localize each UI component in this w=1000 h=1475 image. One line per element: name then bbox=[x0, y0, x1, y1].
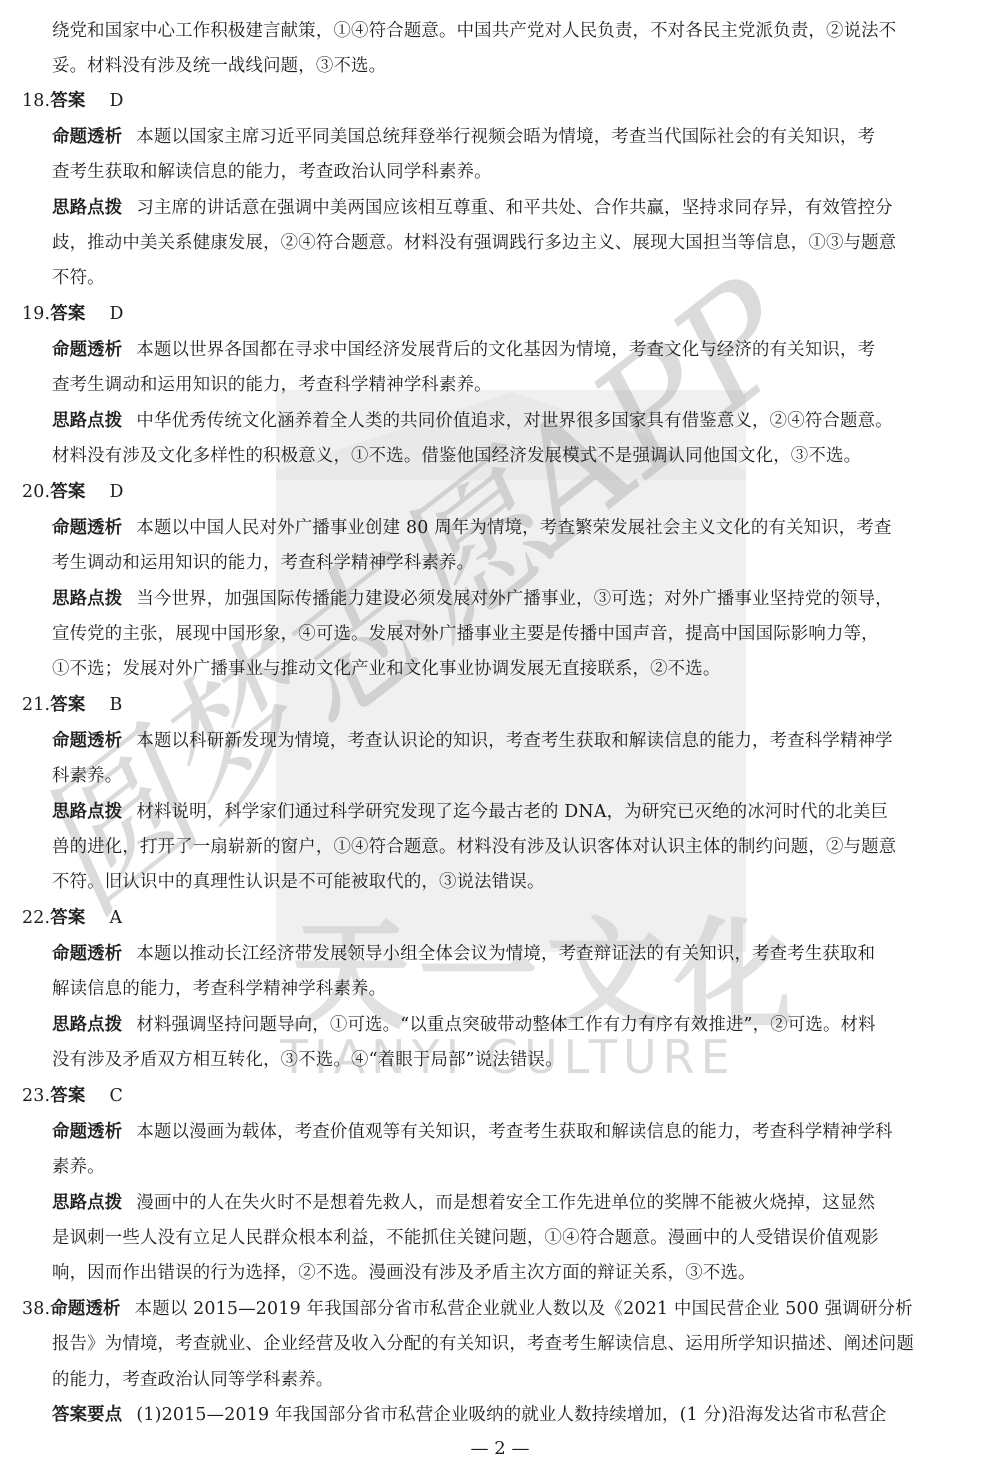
hint-line: 思路点拨材料强调坚持问题导向，①可选。“以重点突破带动整体工作有力有序有效推进”… bbox=[52, 1014, 876, 1036]
hint-line: 思路点拨习主席的讲话意在强调中美两国应该相互尊重、和平共处、合作共赢，坚持求同存… bbox=[52, 197, 893, 219]
analysis-line: 查考生调动和运用知识的能力，考查科学精神学科素养。 bbox=[52, 374, 492, 396]
question-19-answer: 19.答案D bbox=[22, 303, 124, 325]
section-label: 命题透析 bbox=[52, 127, 122, 147]
question-38-analysis: 38.命题透析本题以 2015—2019 年我国部分省市私营企业就业人数以及《2… bbox=[22, 1298, 913, 1320]
hint-line: 是讽刺一些人没有立足人民群众根本利益，不能抓住关键问题，①④符合题意。漫画中的人… bbox=[52, 1227, 879, 1249]
answer-label: 答案 bbox=[50, 91, 85, 111]
section-label: 命题透析 bbox=[52, 731, 122, 751]
key-points-line: 答案要点(1)2015—2019 年我国部分省市私营企业吸纳的就业人数持续增加，… bbox=[52, 1404, 887, 1426]
section-label: 思路点拨 bbox=[52, 802, 122, 822]
section-label: 思路点拨 bbox=[52, 1015, 122, 1035]
analysis-line: 命题透析本题以科研新发现为情境，考查认识论的知识，考查考生获取和解读信息的能力，… bbox=[52, 730, 893, 752]
question-number: 38. bbox=[22, 1299, 50, 1319]
hint-line: 响，因而作出错误的行为选择，②不选。漫画没有涉及矛盾主次方面的辩证关系，③不选。 bbox=[52, 1262, 756, 1284]
question-number: 22. bbox=[22, 908, 50, 928]
continuation-line: 绕党和国家中心工作积极建言献策，①④符合题意。中国共产党对人民负责，不对各民主党… bbox=[52, 20, 896, 42]
analysis-line: 命题透析本题以漫画为载体，考查价值观等有关知识，考查考生获取和解读信息的能力，考… bbox=[52, 1121, 893, 1143]
hint-line: 不符。 bbox=[52, 267, 105, 289]
answer-label: 答案 bbox=[50, 908, 85, 928]
question-number: 23. bbox=[22, 1086, 50, 1106]
question-23-answer: 23.答案C bbox=[22, 1085, 123, 1107]
analysis-line: 报告》为情境，考查就业、企业经营及收入分配的有关知识，考查考生解读信息、运用所学… bbox=[52, 1333, 914, 1355]
hint-line: 兽的进化，打开了一扇崭新的窗户，①④符合题意。材料没有涉及认识客体对认识主体的制… bbox=[52, 836, 896, 858]
page-number: — 2 — bbox=[0, 1438, 1000, 1459]
question-18-answer: 18.答案D bbox=[22, 90, 124, 112]
question-21-answer: 21.答案B bbox=[22, 694, 122, 716]
question-number: 18. bbox=[22, 91, 50, 111]
answer-label: 答案 bbox=[50, 482, 85, 502]
section-label: 命题透析 bbox=[50, 1299, 120, 1319]
hint-line: 歧，推动中美关系健康发展，②④符合题意。材料没有强调践行多边主义、展现大国担当等… bbox=[52, 232, 896, 254]
analysis-line: 命题透析本题以世界各国都在寻求中国经济发展背后的文化基因为情境，考查文化与经济的… bbox=[52, 339, 875, 361]
section-label: 命题透析 bbox=[52, 1122, 122, 1142]
question-20-answer: 20.答案D bbox=[22, 481, 124, 503]
hint-line: 思路点拨材料说明，科学家们通过科学研究发现了迄今最古老的 DNA，为研究已灭绝的… bbox=[52, 801, 888, 823]
analysis-line: 命题透析本题以中国人民对外广播事业创建 80 周年为情境，考查繁荣发展社会主义文… bbox=[52, 517, 892, 539]
question-number: 21. bbox=[22, 695, 50, 715]
answer-label: 答案 bbox=[50, 1086, 85, 1106]
section-label: 答案要点 bbox=[52, 1405, 122, 1425]
question-22-answer: 22.答案A bbox=[22, 907, 122, 929]
analysis-line: 考生调动和运用知识的能力，考查科学精神学科素养。 bbox=[52, 552, 474, 574]
question-number: 19. bbox=[22, 304, 50, 324]
analysis-line: 查考生获取和解读信息的能力，考查政治认同学科素养。 bbox=[52, 161, 492, 183]
analysis-line: 的能力，考查政治认同等学科素养。 bbox=[52, 1369, 333, 1391]
analysis-line: 科素养。 bbox=[52, 765, 122, 787]
hint-line: ①不选；发展对外广播事业与推动文化产业和文化事业协调发展无直接联系，②不选。 bbox=[52, 658, 720, 680]
hint-line: 思路点拨漫画中的人在失火时不是想着先救人，而是想着安全工作先进单位的奖牌不能被火… bbox=[52, 1192, 875, 1214]
answer-value: D bbox=[109, 304, 123, 324]
section-label: 思路点拨 bbox=[52, 198, 122, 218]
section-label: 思路点拨 bbox=[52, 1193, 122, 1213]
section-label: 命题透析 bbox=[52, 518, 122, 538]
analysis-line: 素养。 bbox=[52, 1156, 105, 1178]
answer-value: C bbox=[109, 1086, 123, 1106]
answer-value: D bbox=[109, 482, 123, 502]
analysis-line: 命题透析本题以国家主席习近平同美国总统拜登举行视频会晤为情境，考查当代国际社会的… bbox=[52, 126, 875, 148]
document-page: 圆梦志愿APP 天一文化 TIANYI CULTURE 绕党和国家中心工作积极建… bbox=[0, 0, 1000, 1475]
analysis-line: 解读信息的能力，考查科学精神学科素养。 bbox=[52, 978, 386, 1000]
answer-value: B bbox=[109, 695, 122, 715]
section-label: 命题透析 bbox=[52, 340, 122, 360]
hint-line: 不符。旧认识中的真理性认识是不可能被取代的，③说法错误。 bbox=[52, 871, 545, 893]
section-label: 思路点拨 bbox=[52, 411, 122, 431]
hint-line: 思路点拨当今世界，加强国际传播能力建设必须发展对外广播事业，③可选；对外广播事业… bbox=[52, 588, 893, 610]
answer-label: 答案 bbox=[50, 695, 85, 715]
answer-value: D bbox=[109, 91, 123, 111]
question-number: 20. bbox=[22, 482, 50, 502]
answer-label: 答案 bbox=[50, 304, 85, 324]
section-label: 思路点拨 bbox=[52, 589, 122, 609]
continuation-line: 妥。材料没有涉及统一战线问题，③不选。 bbox=[52, 55, 386, 77]
section-label: 命题透析 bbox=[52, 944, 122, 964]
hint-line: 材料没有涉及文化多样性的积极意义，①不选。借鉴他国经济发展模式不是强调认同他国文… bbox=[52, 445, 861, 467]
hint-line: 没有涉及矛盾双方相互转化，③不选。④“着眼于局部”说法错误。 bbox=[52, 1049, 563, 1071]
hint-line: 思路点拨中华优秀传统文化涵养着全人类的共同价值追求，对世界很多国家具有借鉴意义，… bbox=[52, 410, 893, 432]
analysis-line: 命题透析本题以推动长江经济带发展领导小组全体会议为情境，考查辩证法的有关知识，考… bbox=[52, 943, 875, 965]
hint-line: 宣传党的主张，展现中国形象，④可选。发展对外广播事业主要是传播中国声音，提高中国… bbox=[52, 623, 879, 645]
answer-value: A bbox=[109, 908, 122, 928]
